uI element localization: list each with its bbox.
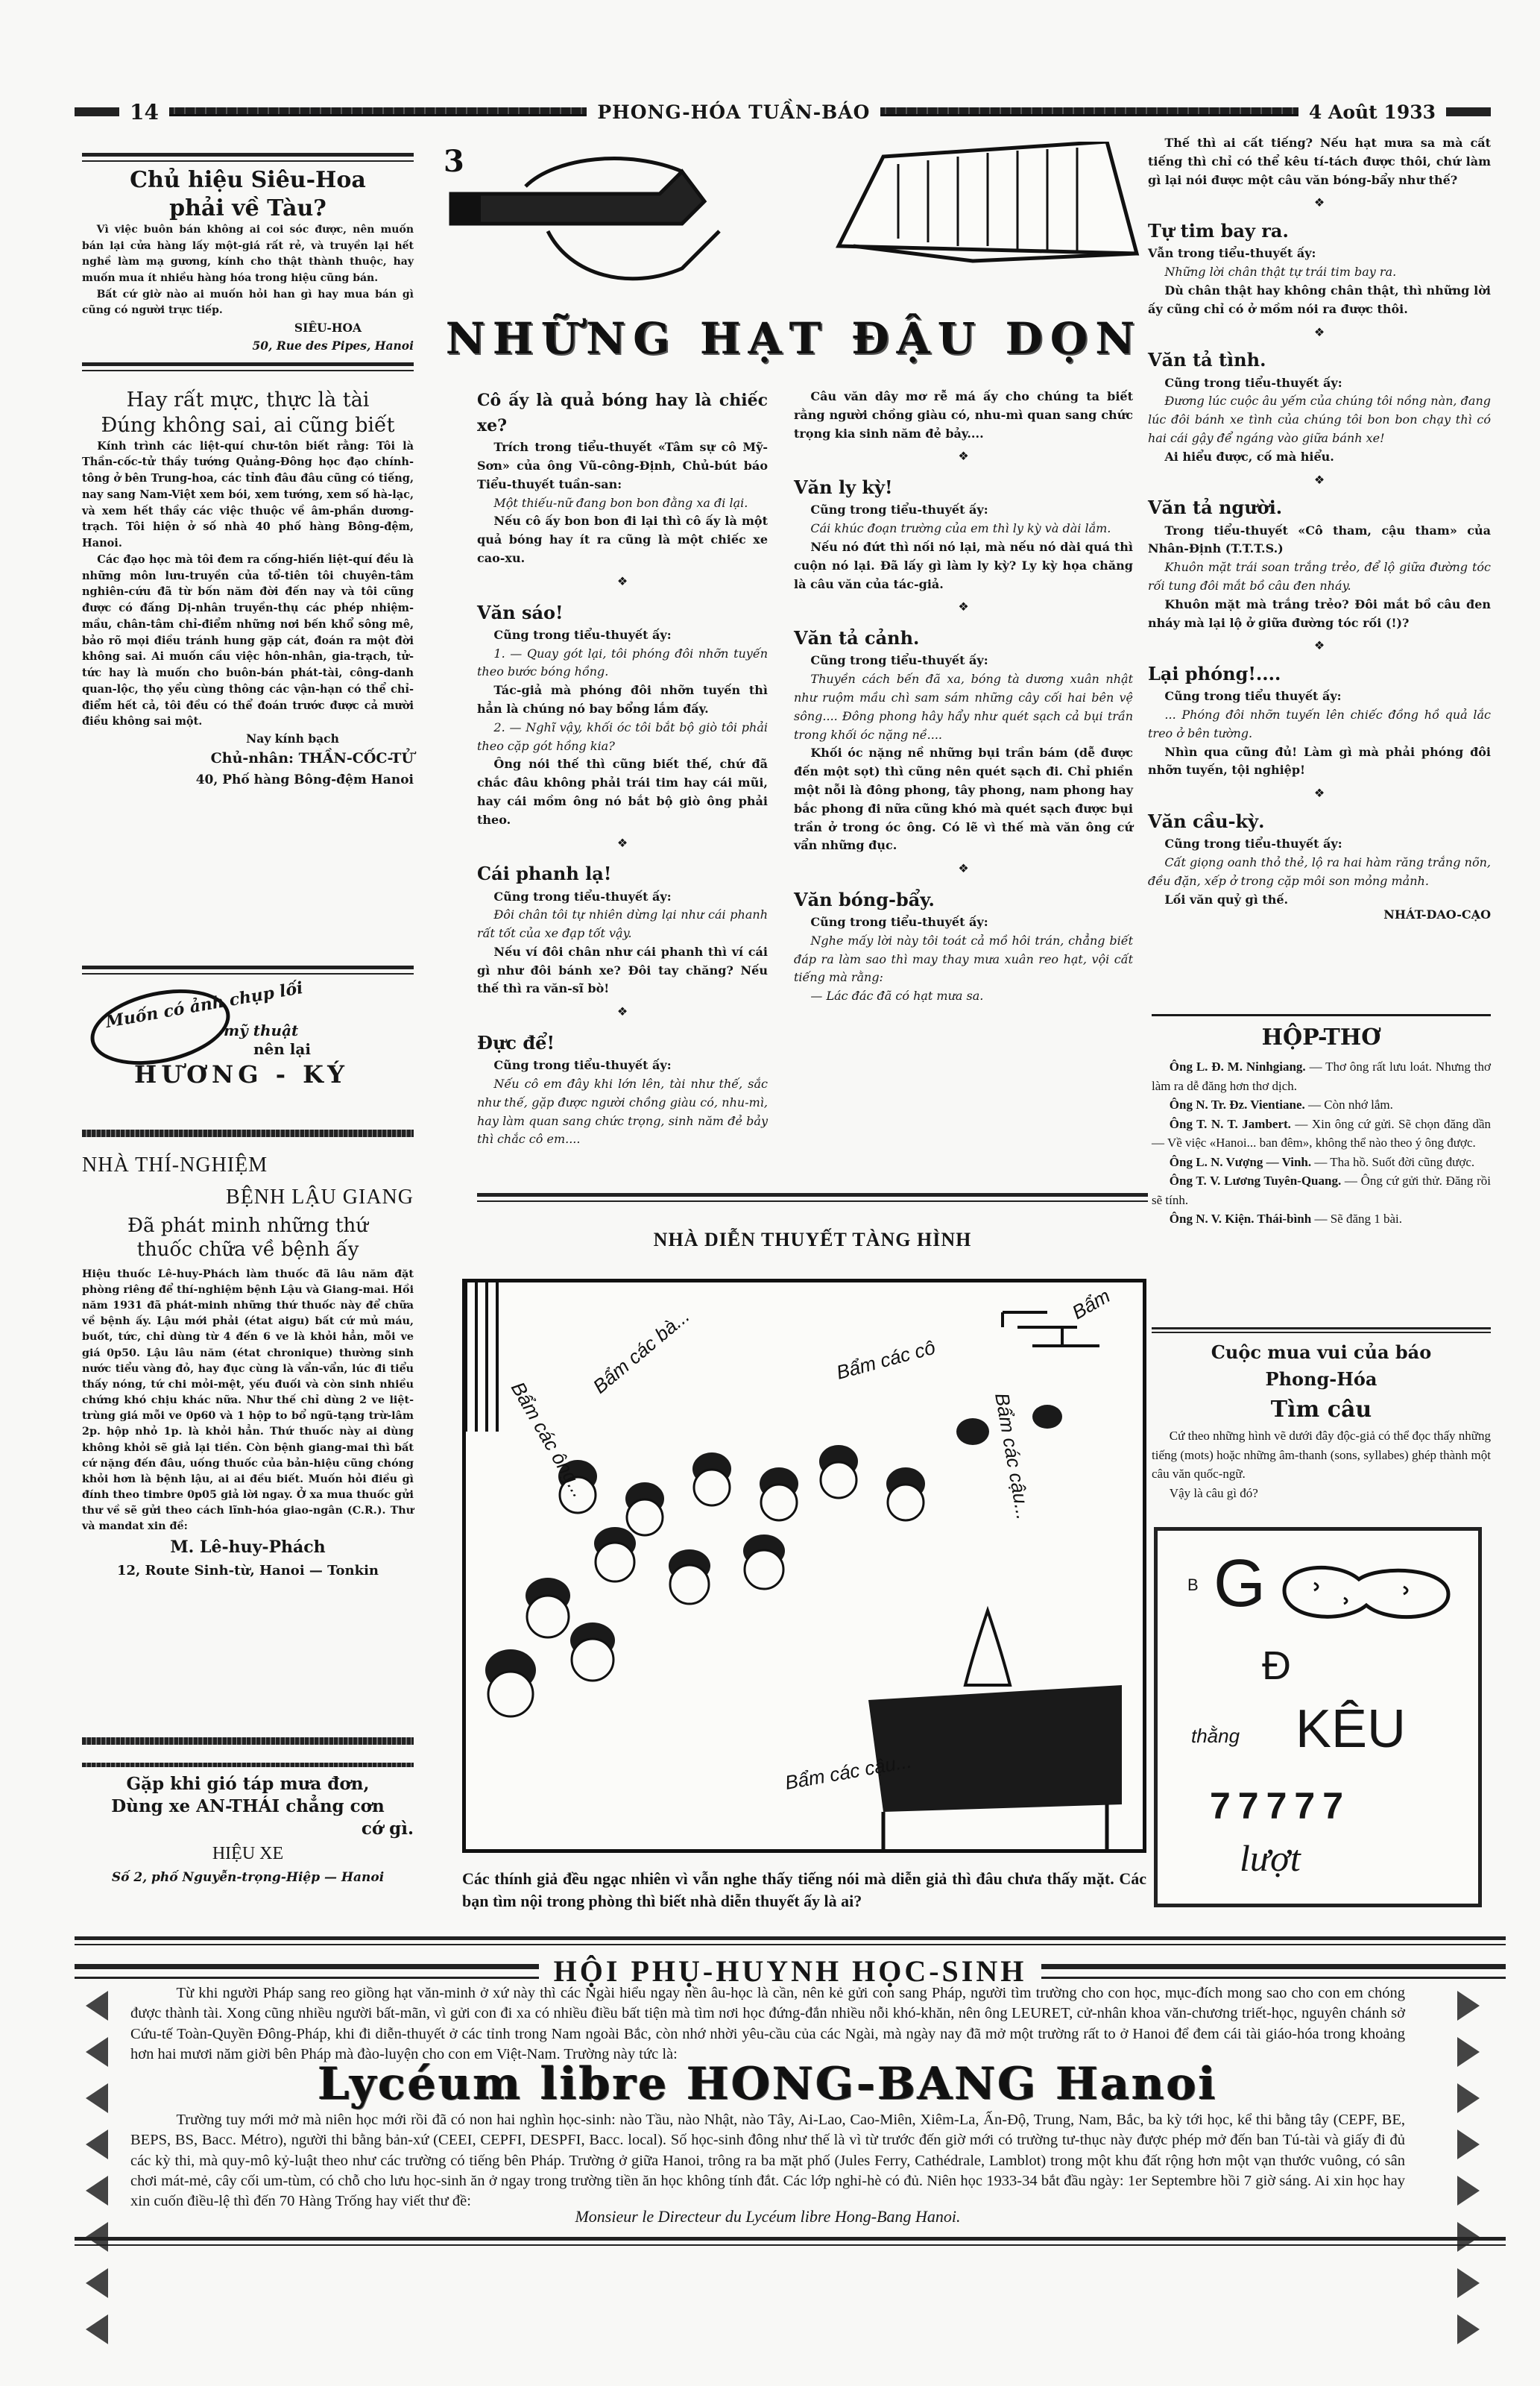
school-contact: Monsieur le Directeur du Lycéum libre Ho… (130, 2207, 1405, 2226)
section-intro: Cũng trong tiểu-thuyết ấy: (794, 652, 1133, 670)
ad-address: 50, Rue des Pipes, Hanoi (82, 337, 414, 355)
divider (1152, 1327, 1491, 1333)
section-comment: Nếu ví đôi chân như cái phanh thì ví cái… (477, 943, 768, 998)
puzzle-section: Cuộc mua vui của báo Phong-Hóa Tìm câu C… (1152, 1327, 1491, 1502)
rebus-word: lượt (1240, 1836, 1301, 1880)
section-title: Văn tả tình. (1148, 346, 1491, 374)
divider (477, 1193, 1148, 1200)
letter-entry: Ông L. Đ. M. Ninhgiang. — Thơ ông rất lư… (1152, 1057, 1491, 1095)
letter-recipient: Ông N. Tr. Đz. Vientiane. (1170, 1098, 1305, 1112)
ad-signature: SIÊU-HOA (82, 319, 414, 337)
left-column: Chủ hiệu Siêu-Hoa phải về Tàu? Vì việc b… (82, 153, 414, 790)
hphs-intro: Từ khi người Pháp sang reo giồng hạt văn… (130, 1983, 1405, 2065)
divider-line (477, 1193, 1148, 1202)
school-name: Lycéum libre HONG-BANG Hanoi (130, 2058, 1405, 2110)
section-comment: Ông nói thế thì cũng biết thế, chứ đã ch… (477, 755, 768, 829)
letter-entry: Ông T. N. T. Jambert. — Xin ông cứ gửi. … (1152, 1115, 1491, 1153)
masthead-rule (169, 107, 587, 116)
ornament-icon: ❖ (794, 447, 1133, 466)
section-intro: Cũng trong tiểu-thuyết ấy: (1148, 835, 1491, 854)
section-quote: Một thiếu-nữ đang bon bon đằng xa đi lại… (477, 494, 768, 513)
feature-column-2: Câu văn dây mơ rễ má ấy cho chúng ta biế… (794, 388, 1133, 1006)
section-title: Cô ấy là quả bóng hay là chiếc xe? (477, 388, 768, 438)
cartoon-illustration: Bẩm các ông... Bẩm các bà... Bẩm các cô … (462, 1279, 1146, 1853)
section-comment: Tác-giả mà phóng đôi nhỡn tuyến thì hẳn … (477, 682, 768, 719)
section-title: Lại phóng!.... (1148, 660, 1491, 687)
section-intro: Cũng trong tiểu-thuyết ấy: (794, 501, 1133, 520)
rebus-numbers: 77777 (1210, 1784, 1351, 1828)
cartoon-caption: Các thính giả đều ngạc nhiên vì vẫn nghe… (462, 1868, 1146, 1912)
publication-title: PHONG-HÓA TUẦN-BÁO (597, 101, 870, 123)
ornament-icon: ❖ (477, 573, 768, 591)
letter-recipient: Ông T. N. T. Jambert. (1170, 1117, 1291, 1131)
puzzle-title: Tìm câu (1152, 1393, 1491, 1426)
feature-column-1: Cô ấy là quả bóng hay là chiếc xe? Trích… (477, 388, 768, 1149)
triangle-ornament-icon (86, 2314, 108, 2344)
ornament-icon: ❖ (477, 834, 768, 853)
ad-body: Vì việc buôn bán không ai coi sóc được, … (82, 222, 414, 287)
ad-body: Kính trình các liệt-quí chư-tôn biết rằn… (82, 438, 414, 552)
triangle-ornament-icon (86, 1991, 108, 2021)
svg-text:3: 3 (444, 144, 464, 179)
section-quote: Nếu cô em đây khi lớn lên, tài như thế, … (477, 1075, 768, 1149)
ad-headline: phải về Tàu? (82, 195, 414, 223)
section-title: Đực để! (477, 1029, 768, 1057)
ad-huong-ky: Muốn có ảnh chụp lối mỹ thuật nên lại HƯ… (82, 966, 414, 1092)
masthead-rule-right (1446, 107, 1491, 116)
ad-address: 12, Route Sinh-từ, Hanoi — Tonkin (82, 1561, 414, 1581)
speech-text: Bẩm các bà... (589, 1304, 694, 1397)
section-title: Văn tả người. (1148, 494, 1491, 521)
triangle-ornament-icon (1457, 2083, 1480, 2113)
section-title: Văn tả cảnh. (794, 624, 1133, 652)
section-quote: Đôi chân tôi tự nhiên dừng lại như cái p… (477, 906, 768, 943)
section-quote: ... Phóng đôi nhỡn tuyến lên chiếc đồng … (1148, 706, 1491, 743)
speech-text: Bẩm các cậu... (991, 1391, 1035, 1522)
ad-sieu-hoa: Chủ hiệu Siêu-Hoa phải về Tàu? Vì việc b… (82, 166, 414, 355)
section-title: Văn bóng-bẩy. (794, 886, 1133, 913)
ad-headline: cớ gì. (82, 1818, 414, 1840)
letter-entry: Ông N. V. Kiện. Thái-bình — Sẽ đăng 1 bà… (1152, 1209, 1491, 1229)
section-quote: Cất giọng oanh thỏ thẻ, lộ ra hai hàm ră… (1148, 854, 1491, 891)
triangle-ornament-icon (1457, 1991, 1480, 2021)
shop-name: HIỆU XE (82, 1840, 414, 1868)
issue-date: 4 Août 1933 (1309, 101, 1436, 123)
ad-body: Bất cứ giờ nào ai muốn hỏi han gì hay mu… (82, 287, 414, 319)
ad-name: M. Lê-huy-Phách (82, 1534, 414, 1560)
divider (82, 1130, 414, 1137)
ad-an-thai: Gặp khi gió táp mưa đơn, Dùng xe AN-THÁI… (82, 1737, 414, 1887)
header-rule (75, 1964, 539, 1979)
divider-line (75, 1936, 1506, 1945)
masthead: 14 PHONG-HÓA TUẦN-BÁO 4 Août 1933 (75, 97, 1491, 127)
section-title: Văn sáo! (477, 599, 768, 626)
section-title: Cái phanh lạ! (477, 860, 768, 887)
section-comment: Khuôn mặt mà trắng trẻo? Đôi mắt bồ câu … (1148, 596, 1491, 633)
letter-reply: — Còn nhớ lắm. (1308, 1098, 1393, 1112)
section-quote: Đương lúc cuộc âu yếm của chúng tôi nồng… (1148, 392, 1491, 447)
puzzle-question: Vậy là câu gì đó? (1152, 1484, 1491, 1503)
school-description: Trường tuy mới mở mà niên học mới rồi đã… (130, 2110, 1405, 2212)
ad-line: nên lại (253, 1040, 311, 1058)
section-intro: Cũng trong tiểu-thuyết ấy: (1148, 374, 1491, 393)
rebus-box: B G Đ thằng KÊU 77777 lượt (1154, 1527, 1482, 1907)
section-quote: Nghe mấy lời này tôi toát cả mồ hôi trán… (794, 932, 1133, 987)
section-intro: Cũng trong tiểu-thuyết ấy: (794, 913, 1133, 932)
cartoon-title: NHÀ DIỄN THUYẾT TÀNG HÌNH (477, 1229, 1148, 1251)
divider-line (75, 2237, 1506, 2246)
byline: NHÁT-DAO-CẠO (1148, 906, 1491, 925)
bottom-rule (75, 2237, 1506, 2246)
ad-headline: NHÀ THÍ-NGHIỆM (82, 1149, 414, 1181)
feature-column-3: Thế thì ai cất tiếng? Nếu hạt mưa sa mà … (1148, 134, 1491, 925)
ad-headline: Dùng xe AN-THÁI chẳng cơn (82, 1795, 414, 1818)
section-comment: Khối óc nặng nề những bụi trần bám (dễ đ… (794, 744, 1133, 855)
masthead-rule-left (75, 107, 119, 116)
letter-entry: Ông T. V. Lương Tuyên-Quang. — Ông cứ gử… (1152, 1171, 1491, 1209)
speech-text: Bẩm các cô (834, 1336, 938, 1384)
divider (82, 1763, 414, 1767)
ad-subhead: thuốc chữa về bệnh ấy (82, 1238, 414, 1262)
ad-le-huy-phach: NHÀ THÍ-NGHIỆM BỆNH LẬU GIANG Đã phát mi… (82, 1130, 414, 1581)
header-rule (1041, 1964, 1506, 1979)
ad-headline: Đúng không sai, ai cũng biết (82, 413, 414, 438)
banner-illustration: 3 (436, 142, 1152, 328)
letter-entry: Ông N. Tr. Đz. Vientiane. — Còn nhớ lắm. (1152, 1095, 1491, 1115)
section-intro: Cũng trong tiểu thuyết ấy: (1148, 687, 1491, 706)
triangle-ornament-icon (86, 2176, 108, 2206)
cartoon-drawing: Bẩm các ông... Bẩm các bà... Bẩm các cô … (466, 1282, 1143, 1849)
section-quote: Thuyền cách bến đã xa, bóng tà dương xuâ… (794, 670, 1133, 744)
ad-body: Hiệu thuốc Lê-huy-Phách làm thuốc đã lâu… (82, 1267, 414, 1535)
divider (1152, 1014, 1491, 1016)
hop-tho: HỘP-THƠ Ông L. Đ. M. Ninhgiang. — Thơ ôn… (1152, 1014, 1491, 1229)
hop-tho-title: HỘP-THƠ (1152, 1021, 1491, 1054)
ad-headline: Gặp khi gió táp mưa đơn, (82, 1773, 414, 1795)
letter-recipient: Ông N. V. Kiện. Thái-bình (1170, 1212, 1311, 1226)
ad-than-coc-tu: Hay rất mực, thực là tài Đúng không sai,… (82, 388, 414, 790)
studio-name: HƯƠNG - KÝ (134, 1060, 349, 1089)
peanut-icon (1269, 1553, 1463, 1628)
section-intro: Trích trong tiểu-thuyết «Tâm sự cô Mỹ-Sơ… (477, 438, 768, 494)
triangle-ornament-icon (86, 2037, 108, 2067)
rebus-letter: B (1187, 1576, 1199, 1595)
section-quote: Những lời chân thật tự trái tim bay ra. (1148, 263, 1491, 282)
section-comment: Nếu cô ấy bon bon đi lại thì cô ấy là mộ… (477, 512, 768, 567)
triangle-ornament-icon (1457, 2314, 1480, 2344)
triangle-ornament-icon (1457, 2176, 1480, 2206)
section-title: Văn cầu-kỳ. (1148, 808, 1491, 835)
ad-headline: BỆNH LẬU GIANG (82, 1181, 414, 1213)
divider (82, 362, 414, 371)
divider (82, 153, 414, 162)
letter-recipient: Ông L. N. Vượng — Vinh. (1170, 1155, 1311, 1169)
ad-headline: Chủ hiệu Siêu-Hoa (82, 166, 414, 195)
puzzle-heading: Phong-Hóa (1152, 1366, 1491, 1393)
section-quote: Khuôn mặt trái soan trắng trẻo, để lộ gi… (1148, 558, 1491, 596)
ornament-icon: ❖ (1148, 784, 1491, 803)
letter-entry: Ông L. N. Vượng — Vinh. — Tha hồ. Suốt đ… (1152, 1153, 1491, 1172)
triangle-ornament-icon (1457, 2130, 1480, 2159)
section-comment: Thế thì ai cất tiếng? Nếu hạt mưa sa mà … (1148, 134, 1491, 189)
section-comment: Nhìn qua cũng đủ! Làm gì mà phải phóng đ… (1148, 743, 1491, 781)
letter-recipient: Ông L. Đ. M. Ninhgiang. (1170, 1060, 1306, 1074)
section-title: Tự tim bay ra. (1148, 217, 1491, 245)
triangle-ornament-icon (86, 2268, 108, 2298)
page-number: 14 (130, 100, 159, 125)
ad-headline: Hay rất mực, thực là tài (82, 388, 414, 413)
puzzle-heading: Cuộc mua vui của báo (1152, 1339, 1491, 1366)
left-ornament-border (82, 1991, 112, 2344)
ornament-icon: ❖ (477, 1003, 768, 1022)
bottom-divider (75, 1936, 1506, 1945)
triangle-ornament-icon (1457, 2268, 1480, 2298)
letter-recipient: Ông T. V. Lương Tuyên-Quang. (1170, 1174, 1341, 1188)
divider (82, 966, 414, 975)
feature-title: NHỮNG HẠT ĐẬU DỌN (440, 313, 1148, 364)
section-quote: Cái khúc đoạn trường của em thì ly kỳ và… (794, 520, 1133, 538)
puzzle-instructions: Cứ theo những hình vẽ dưới đây độc-giả c… (1152, 1426, 1491, 1484)
section-quote: 2. — Nghĩ vậy, khối óc tôi bắt bộ giò tô… (477, 719, 768, 756)
ornament-icon: ❖ (1148, 324, 1491, 342)
speech-text: Bẩm các ông... (507, 1378, 591, 1501)
right-ornament-border (1454, 1991, 1483, 2344)
letter-reply: — Sẽ đăng 1 bài. (1314, 1212, 1402, 1226)
ornament-icon: ❖ (1148, 471, 1491, 490)
section-title: Văn ly kỳ! (794, 473, 1133, 501)
section-comment: Câu văn dây mơ rễ má ấy cho chúng ta biế… (794, 388, 1133, 443)
rebus-word: KÊU (1296, 1699, 1406, 1760)
letter-reply: — Tha hồ. Suốt đời cũng được. (1314, 1155, 1474, 1169)
rebus-letter: Đ (1262, 1643, 1291, 1689)
section-quote: — Lác đác đã có hạt mưa sa. (794, 987, 1133, 1006)
masthead-rule (880, 107, 1298, 116)
triangle-ornament-icon (86, 2083, 108, 2113)
section-comment: Dù chân thật hay không chân thật, thì nh… (1148, 282, 1491, 319)
section-intro: Vẫn trong tiểu-thuyết ấy: (1148, 245, 1491, 263)
ad-address: Số 2, phố Nguyễn-trọng-Hiệp — Hanoi (82, 1868, 414, 1887)
section-intro: Cũng trong tiểu-thuyết ấy: (477, 888, 768, 907)
section-comment: Nếu nó đứt thì nối nó lại, mà nếu nó dài… (794, 538, 1133, 594)
ad-body: Các đạo học mà tôi đem ra cống-hiến liệt… (82, 552, 414, 730)
ad-line: mỹ thuật (224, 1022, 298, 1039)
divider (82, 1737, 414, 1745)
rebus-word: thằng (1191, 1725, 1240, 1748)
ornament-icon: ❖ (1148, 637, 1491, 655)
ad-address: 40, Phố hàng Bông-đệm Hanoi (82, 770, 414, 790)
section-intro: Cũng trong tiểu-thuyết ấy: (477, 626, 768, 645)
ornament-icon: ❖ (1148, 194, 1491, 213)
section-intro: Cũng trong tiểu-thuyết ấy: (477, 1057, 768, 1075)
ad-owner: Chủ-nhân: THẦN-CỐC-TỬ (82, 748, 414, 769)
ad-closing: Nay kính bạch (82, 730, 414, 748)
ornament-icon: ❖ (794, 860, 1133, 878)
section-quote: 1. — Quay gót lại, tôi phóng đôi nhỡn tu… (477, 645, 768, 682)
ornament-icon: ❖ (794, 598, 1133, 617)
section-intro: Trong tiểu-thuyết «Cô tham, cậu tham» củ… (1148, 522, 1491, 559)
ad-subhead: Đã phát minh những thứ (82, 1214, 414, 1238)
triangle-ornament-icon (1457, 2037, 1480, 2067)
speech-text: Bẩm (1068, 1284, 1114, 1323)
rebus-letter: G (1214, 1546, 1266, 1622)
triangle-ornament-icon (86, 2130, 108, 2159)
section-comment: Ai hiểu được, cố mà hiểu. (1148, 448, 1491, 467)
